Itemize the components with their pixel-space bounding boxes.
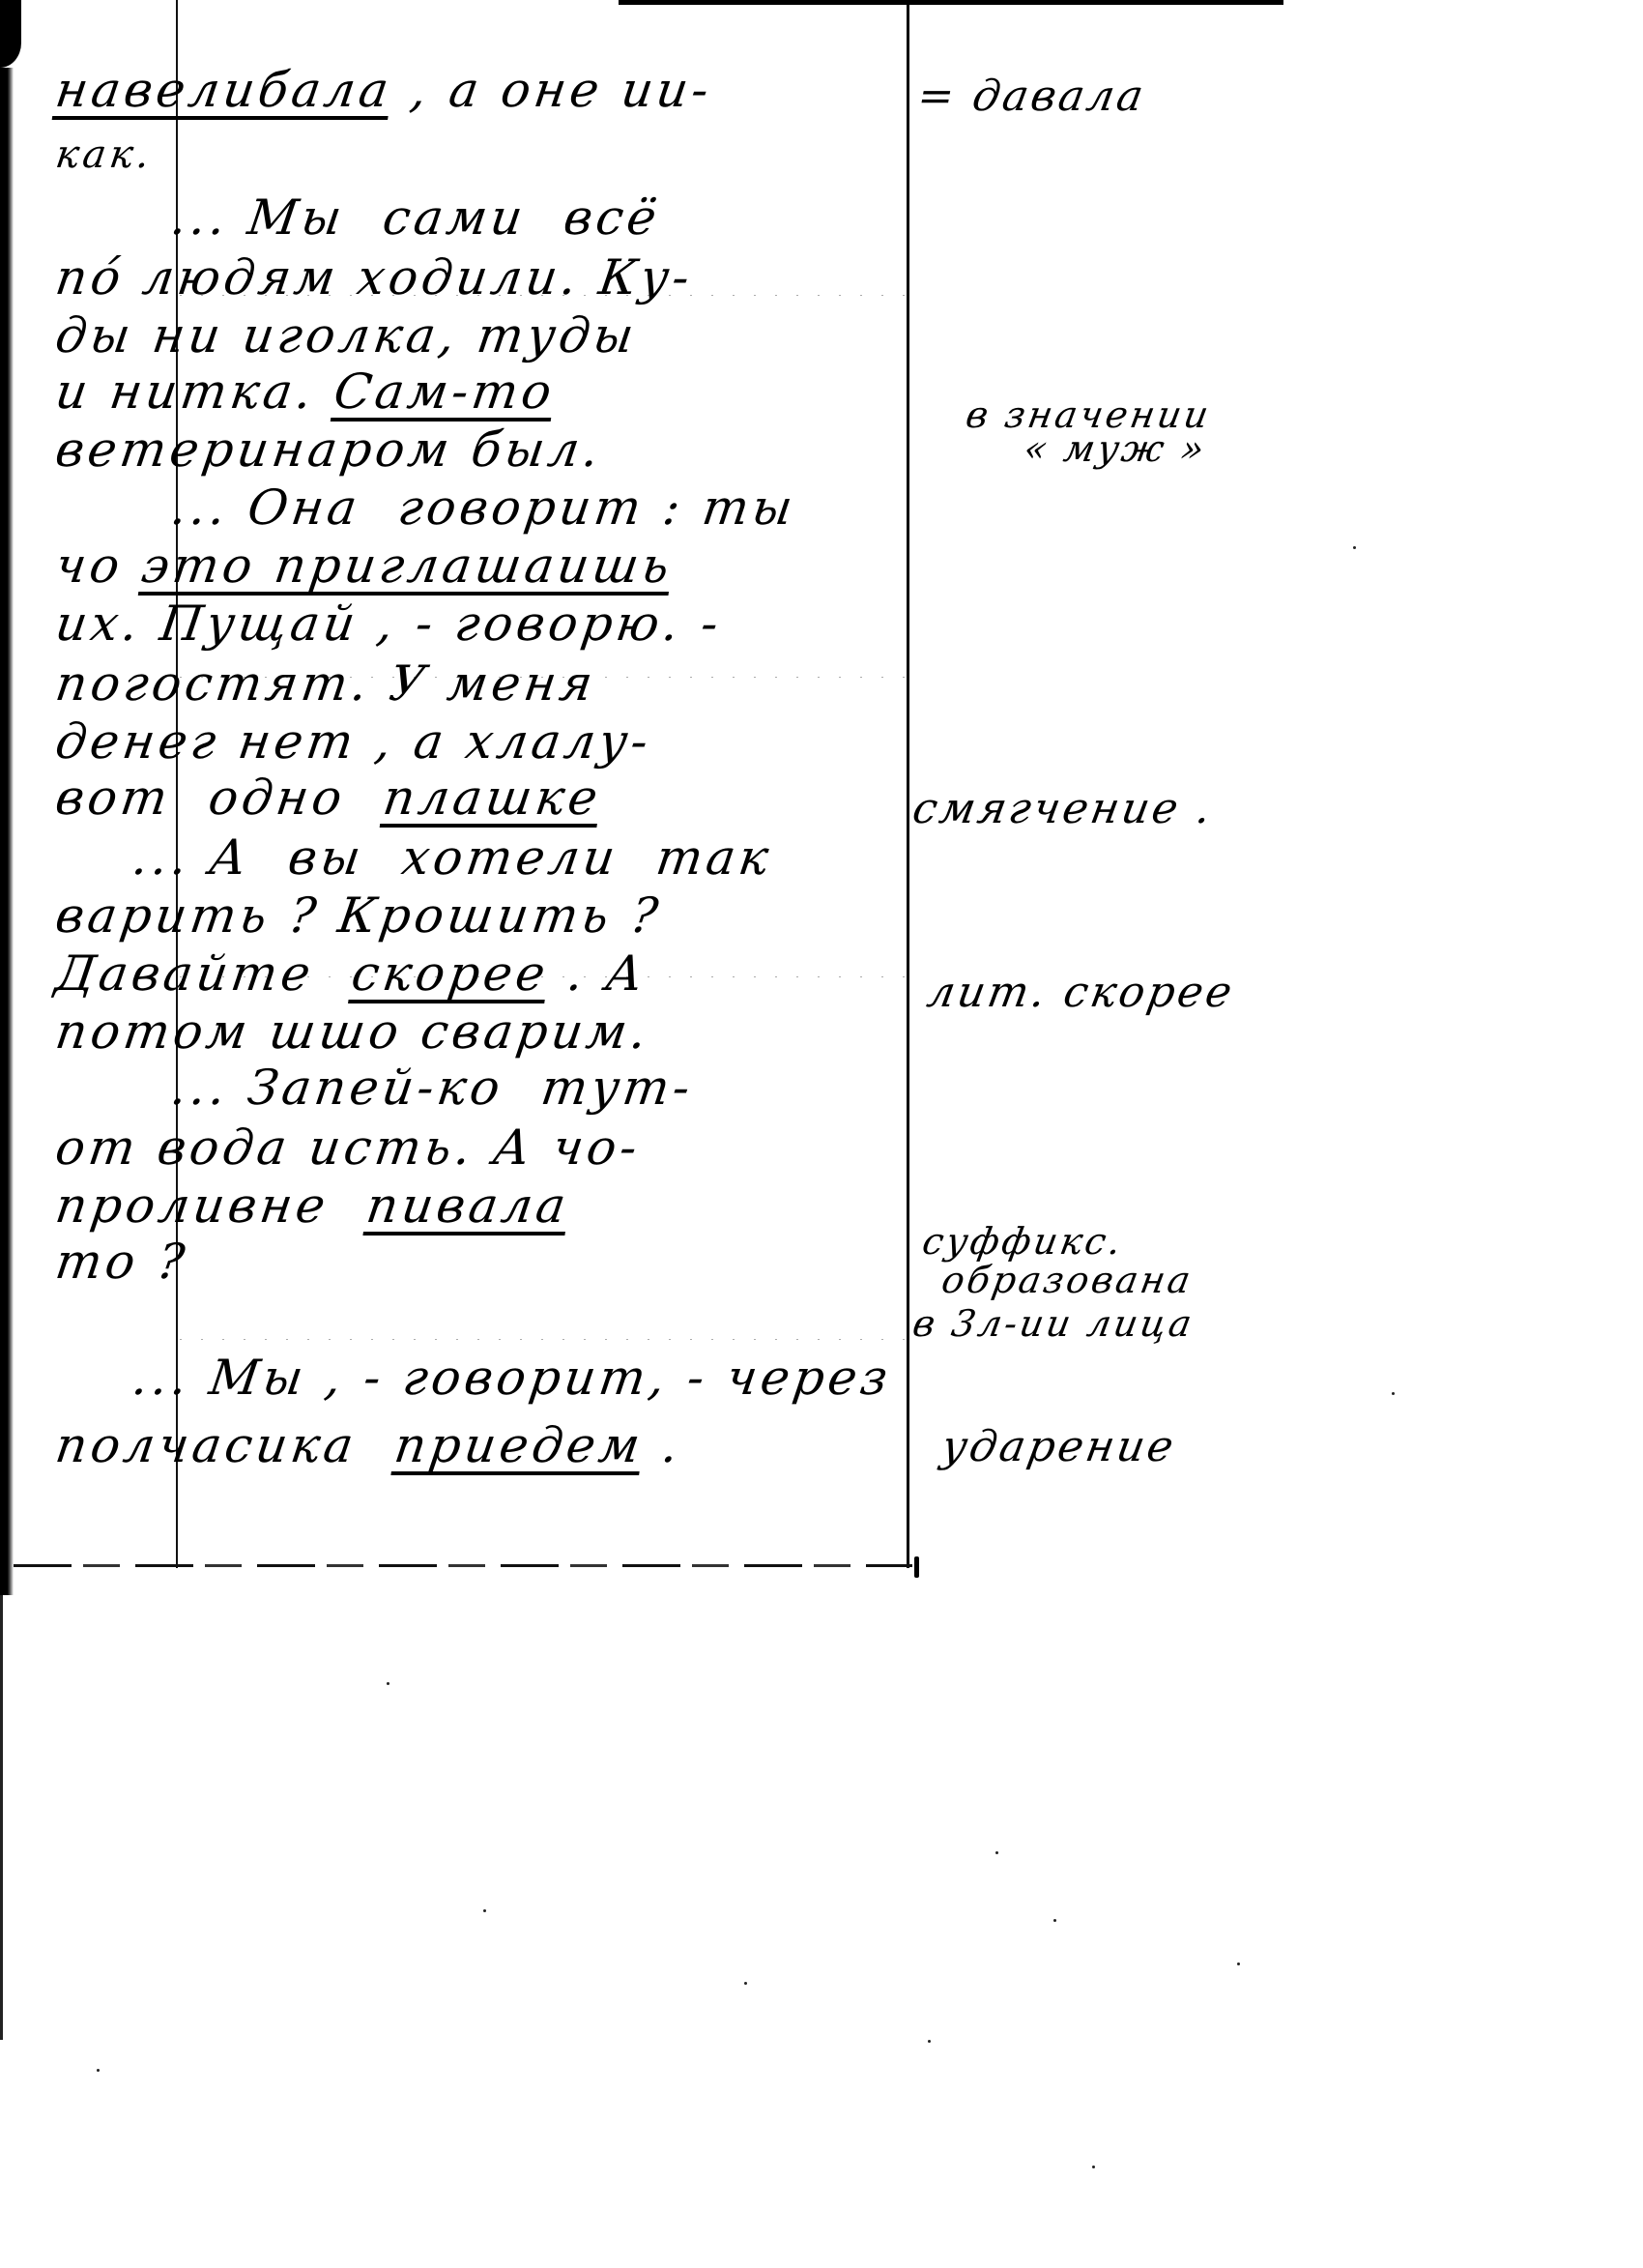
underlined-word: пивала bbox=[363, 1178, 573, 1234]
text-line: ды ни иголка, туды bbox=[52, 311, 640, 360]
scan-speck bbox=[995, 1851, 998, 1854]
text-segment: Давайте bbox=[52, 945, 357, 1002]
text-line: как. bbox=[53, 135, 156, 174]
scan-speck bbox=[1237, 1963, 1240, 1965]
faint-ruling bbox=[180, 1339, 905, 1340]
scan-edge-strip bbox=[0, 1595, 3, 2040]
text-segment: . А bbox=[544, 945, 650, 1002]
margin-note: лит. скорее bbox=[924, 972, 1237, 1014]
text-line: от вода исть. А чо- bbox=[52, 1123, 644, 1172]
text-segment: ... Запей-ко тут- bbox=[52, 1060, 697, 1116]
scan-speck bbox=[97, 2069, 100, 2072]
text-line: навелибала , а оне ии- bbox=[52, 66, 715, 114]
text-line: варить ? Крошить ? bbox=[52, 891, 664, 940]
scan-speck bbox=[744, 1982, 747, 1985]
scan-edge-left bbox=[0, 68, 14, 1595]
scan-speck bbox=[1353, 546, 1356, 549]
scanned-notebook-page: навелибала , а оне ии- как. ... Мы сами … bbox=[0, 0, 1643, 2268]
margin-note: ударение bbox=[938, 1426, 1179, 1468]
scan-speck bbox=[1053, 1919, 1056, 1922]
text-segment: ды ни иголка, туды bbox=[52, 307, 641, 363]
text-segment: ... Мы сами всё bbox=[52, 189, 664, 246]
text-line: ветеринаром был. bbox=[52, 425, 605, 474]
margin-note: смягчение . bbox=[909, 788, 1217, 830]
text-line: проливне пивала bbox=[52, 1181, 572, 1230]
text-line: ... А вы хотели так bbox=[52, 833, 775, 882]
text-segment: полчасика bbox=[52, 1417, 399, 1473]
text-line: их. Пущай , - говорю. - bbox=[52, 599, 725, 648]
text-segment: варить ? Крошить ? bbox=[52, 887, 665, 944]
scan-speck bbox=[928, 2040, 931, 2043]
text-line: полчасика приедем . bbox=[52, 1421, 684, 1469]
underlined-word: приедем bbox=[391, 1417, 648, 1473]
scan-speck bbox=[483, 1909, 486, 1912]
text-line: ... Мы , - говорит, - через bbox=[52, 1353, 894, 1402]
text-segment: потом шшо сварим. bbox=[52, 1003, 654, 1060]
text-line: ... Она говорит : ты bbox=[52, 483, 798, 532]
scan-edge-corner bbox=[0, 0, 21, 68]
text-segment: ... Она говорит : ты bbox=[52, 480, 800, 536]
text-line: ... Мы сами всё bbox=[52, 193, 663, 242]
underlined-word: скорее bbox=[348, 945, 552, 1002]
margin-note: = давала bbox=[914, 75, 1149, 118]
margin-note: образована bbox=[939, 1262, 1196, 1298]
text-segment: как. bbox=[53, 132, 157, 177]
underlined-word: плашке bbox=[380, 770, 605, 826]
margin-note: « муж » bbox=[1022, 430, 1210, 467]
text-line: денег нет , а хлалу- bbox=[52, 717, 654, 766]
text-segment: ветеринаром был. bbox=[52, 422, 606, 478]
text-segment: по́ людям ходили. Ку- bbox=[52, 249, 697, 305]
scan-speck bbox=[1092, 2166, 1095, 2168]
text-line: потом шшо сварим. bbox=[52, 1007, 652, 1056]
text-segment: от вода исть. А чо- bbox=[52, 1119, 645, 1176]
text-segment: чо bbox=[52, 538, 146, 594]
text-segment: , а оне ии- bbox=[388, 62, 715, 118]
text-line: ... Запей-ко тут- bbox=[52, 1063, 696, 1112]
bottom-rule bbox=[14, 1564, 912, 1567]
text-segment: и нитка. bbox=[52, 363, 338, 420]
margin-note: суффикс. bbox=[920, 1223, 1127, 1260]
text-segment: то ? bbox=[52, 1234, 191, 1290]
underlined-word: Сам-то bbox=[331, 363, 559, 420]
text-segment: их. Пущай , - говорю. - bbox=[52, 596, 726, 652]
text-segment: ... Мы , - говорит, - через bbox=[52, 1350, 895, 1406]
divider-ink-blot bbox=[914, 1556, 919, 1578]
text-line: Давайте скорее . А bbox=[52, 949, 649, 998]
scan-speck bbox=[1392, 1392, 1395, 1395]
text-line: и нитка. Сам-то bbox=[52, 367, 558, 416]
text-segment: . bbox=[639, 1417, 685, 1473]
text-line: погостят. У меня bbox=[52, 659, 599, 708]
text-line: чо это приглашаишь bbox=[52, 541, 676, 590]
text-segment: вот одно bbox=[52, 770, 388, 826]
text-line: вот одно плашке bbox=[52, 773, 604, 822]
text-segment: денег нет , а хлалу- bbox=[52, 713, 655, 770]
underlined-word: это приглашаишь bbox=[138, 538, 677, 594]
text-segment: погостят. У меня bbox=[52, 655, 600, 712]
top-border-line bbox=[619, 0, 1283, 5]
text-segment: ... А вы хотели так bbox=[52, 829, 776, 886]
text-line: по́ людям ходили. Ку- bbox=[52, 253, 696, 302]
underlined-word: навелибала bbox=[52, 62, 396, 118]
text-segment: проливне bbox=[52, 1178, 371, 1234]
text-line: то ? bbox=[52, 1237, 190, 1286]
column-divider-rule bbox=[907, 0, 909, 1568]
margin-note: в 3л-ии лица bbox=[910, 1305, 1197, 1342]
scan-speck bbox=[387, 1682, 389, 1685]
